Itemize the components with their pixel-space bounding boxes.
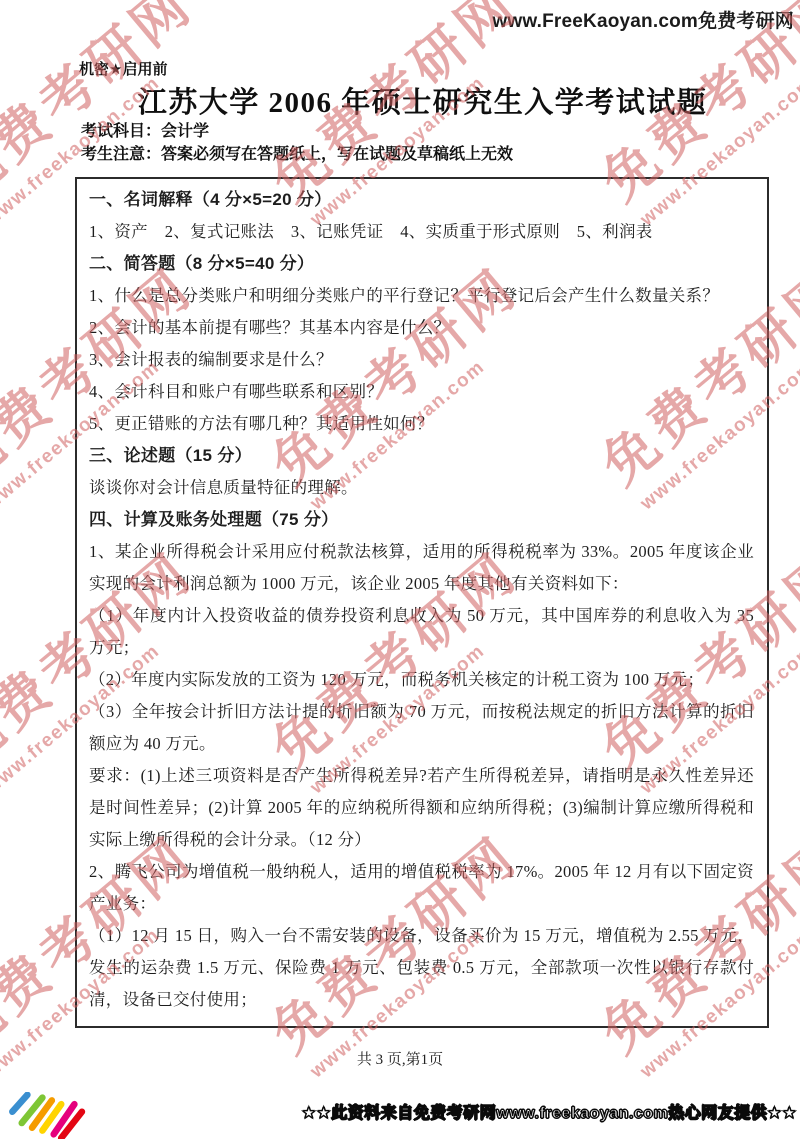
exam-content-box: 一、名词解释（4 分×5=20 分）1、资产 2、复式记账法 3、记账凭证 4、…	[75, 177, 769, 1028]
exam-line: 谈谈你对会计信息质量特征的理解。	[89, 472, 754, 504]
exam-line: 要求：(1)上述三项资料是否产生所得税差异?若产生所得税差异，请指明是永久性差异…	[89, 760, 754, 856]
exam-line: （1）12 月 15 日，购入一台不需安装的设备，设备买价为 15 万元，增值税…	[89, 920, 754, 1016]
footer-logo	[3, 1092, 95, 1139]
exam-line: 2、会计的基本前提有哪些？其基本内容是什么？	[89, 312, 754, 344]
exam-line: 3、会计报表的编制要求是什么？	[89, 344, 754, 376]
exam-line: 三、论述题（15 分）	[89, 440, 754, 472]
page-number-info: 共 3 页,第1页	[0, 1048, 800, 1069]
stripes-logo-icon	[3, 1092, 95, 1139]
exam-line: 1、什么是总分类账户和明细分类账户的平行登记？平行登记后会产生什么数量关系？	[89, 280, 754, 312]
exam-line: 4、会计科目和账户有哪些联系和区别？	[89, 376, 754, 408]
exam-line: （1）年度内计入投资收益的债券投资利息收入为 50 万元，其中国库券的利息收入为…	[89, 600, 754, 664]
exam-line: 一、名词解释（4 分×5=20 分）	[89, 184, 754, 216]
exam-line: 二、简答题（8 分×5=40 分）	[89, 248, 754, 280]
scanned-exam-page: { "header": { "site_banner": "www.FreeKa…	[0, 0, 800, 1139]
exam-line: 2、腾飞公司为增值税一般纳税人，适用的增值税税率为 17%。2005 年 12 …	[89, 856, 754, 920]
exam-line: 1、资产 2、复式记账法 3、记账凭证 4、实质重于形式原则 5、利润表	[89, 216, 754, 248]
exam-body: 一、名词解释（4 分×5=20 分）1、资产 2、复式记账法 3、记账凭证 4、…	[89, 184, 754, 1016]
exam-line: 1、某企业所得税会计采用应付税款法核算，适用的所得税税率为 33%。2005 年…	[89, 536, 754, 600]
exam-subject-line: 考试科目：会计学	[81, 118, 209, 141]
classification-label: 机密★启用前	[79, 58, 167, 79]
site-banner: www.FreeKaoyan.com免费考研网	[492, 6, 794, 33]
candidate-notice-line: 考生注意：答案必须写在答题纸上，写在试题及草稿纸上无效	[81, 141, 513, 164]
exam-line: 5、更正错账的方法有哪几种？其适用性如何？	[89, 408, 754, 440]
credit-line: ★★此资料来自免费考研网www.freekaoyan.com热心网友提供★★	[302, 1100, 797, 1123]
exam-line: （2）年度内实际发放的工资为 120 万元，而税务机关核定的计税工资为 100 …	[89, 664, 754, 696]
exam-line: 四、计算及账务处理题（75 分）	[89, 504, 754, 536]
page-title: 江苏大学 2006 年硕士研究生入学考试试题	[75, 80, 770, 121]
exam-line: （3）全年按会计折旧方法计提的折旧额为 70 万元，而按税法规定的折旧方法计算的…	[89, 696, 754, 760]
